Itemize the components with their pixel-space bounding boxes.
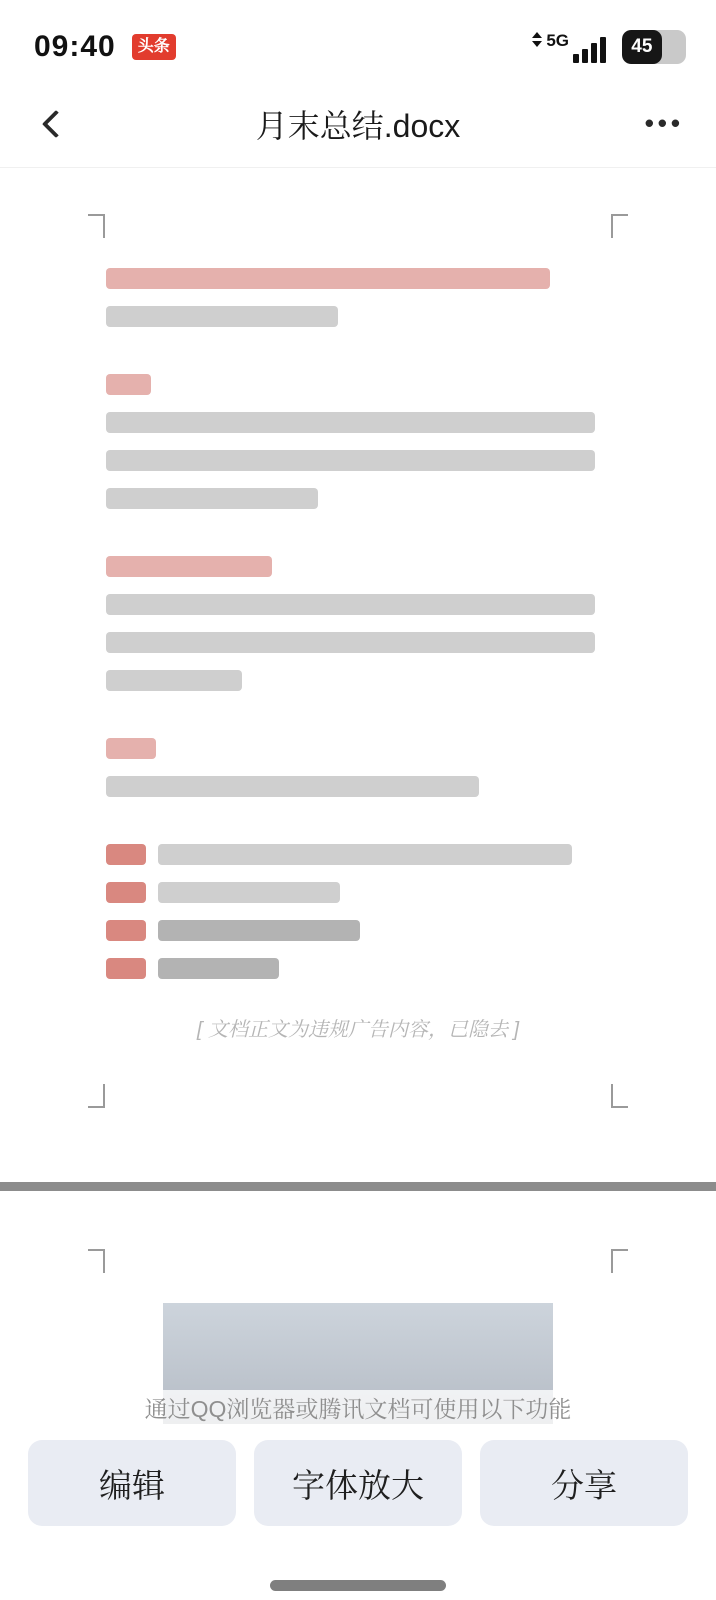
clock: 09:40 [34,30,116,64]
edit-button[interactable]: 编辑 [28,1440,236,1526]
paragraph-gap [106,344,610,374]
action-button-row: 编辑 字体放大 分享 [0,1424,716,1526]
redacted-text-line [106,670,610,691]
paragraph-gap [106,708,610,738]
network-indicator: 5G [532,31,606,63]
redacted-text-line [106,556,610,577]
redacted-text-line [106,488,610,509]
notification-badge: 头条 [132,34,176,60]
redacted-text-line [106,920,610,941]
paragraph-gap [106,526,610,556]
margin-mark-icon [611,1084,628,1108]
redacted-text-bar [106,556,272,577]
back-button[interactable] [32,100,80,148]
signal-bars-icon [573,37,606,63]
network-type-label: 5G [546,31,569,63]
data-updown-icon [532,32,542,63]
redacted-label-bar [106,882,146,903]
redacted-text-bar [106,306,338,327]
battery-icon: 45 [622,30,686,64]
document-viewer[interactable]: [ 文档正文为违规广告内容，已隐去 ] [0,168,716,1457]
redacted-text-bar [106,412,595,433]
redacted-text-bar [158,958,279,979]
chevron-left-icon [42,109,70,137]
redacted-text-line [106,412,610,433]
document-title: 月末总结.docx [0,101,716,147]
margin-mark-icon [611,214,628,238]
bottom-action-sheet: 通过QQ浏览器或腾讯文档可使用以下功能 编辑 字体放大 分享 [0,1424,716,1600]
margin-mark-icon [88,1084,105,1108]
redacted-text-bar [158,882,339,903]
redacted-text-bar [106,450,595,471]
redacted-text-bar [158,844,571,865]
redacted-text-line [106,450,610,471]
redacted-text-line [106,882,610,903]
redaction-note: [ 文档正文为违规广告内容，已隐去 ] [106,1013,610,1042]
redacted-document-body [106,268,610,979]
margin-mark-icon [611,1249,628,1273]
redacted-text-bar [106,632,595,653]
font-zoom-button[interactable]: 字体放大 [254,1440,462,1526]
redacted-label-bar [106,920,146,941]
feature-notice-text: 通过QQ浏览器或腾讯文档可使用以下功能 [145,1391,572,1424]
redacted-text-bar [158,920,360,941]
redacted-text-line [106,738,610,759]
redacted-text-bar [106,776,479,797]
redacted-text-line [106,632,610,653]
redacted-text-line [106,844,610,865]
home-indicator[interactable] [270,1580,446,1591]
margin-mark-icon [88,214,105,238]
status-right: 5G 45 [532,30,686,64]
margin-mark-icon [88,1249,105,1273]
more-options-button[interactable]: ••• [645,108,684,139]
paragraph-gap [106,814,610,844]
redacted-text-bar [106,738,156,759]
redacted-label-bar [106,844,146,865]
redacted-text-bar [106,268,550,289]
redacted-text-bar [106,594,595,615]
status-bar: 09:40 头条 5G 45 [0,0,716,80]
redacted-text-line [106,374,610,395]
redacted-label-bar [106,958,146,979]
redacted-text-line [106,776,610,797]
redacted-text-bar [106,670,242,691]
share-button[interactable]: 分享 [480,1440,688,1526]
redacted-text-bar [106,374,151,395]
redacted-text-line [106,958,610,979]
redacted-text-line [106,306,610,327]
redacted-text-line [106,594,610,615]
battery-level: 45 [622,30,662,64]
page-break-divider [0,1182,716,1191]
redacted-text-bar [106,488,318,509]
feature-notice-strip: 通过QQ浏览器或腾讯文档可使用以下功能 [0,1390,716,1424]
redacted-text-line [106,268,610,289]
nav-bar: 月末总结.docx ••• [0,80,716,168]
document-page-1: [ 文档正文为违规广告内容，已隐去 ] [0,168,716,1182]
